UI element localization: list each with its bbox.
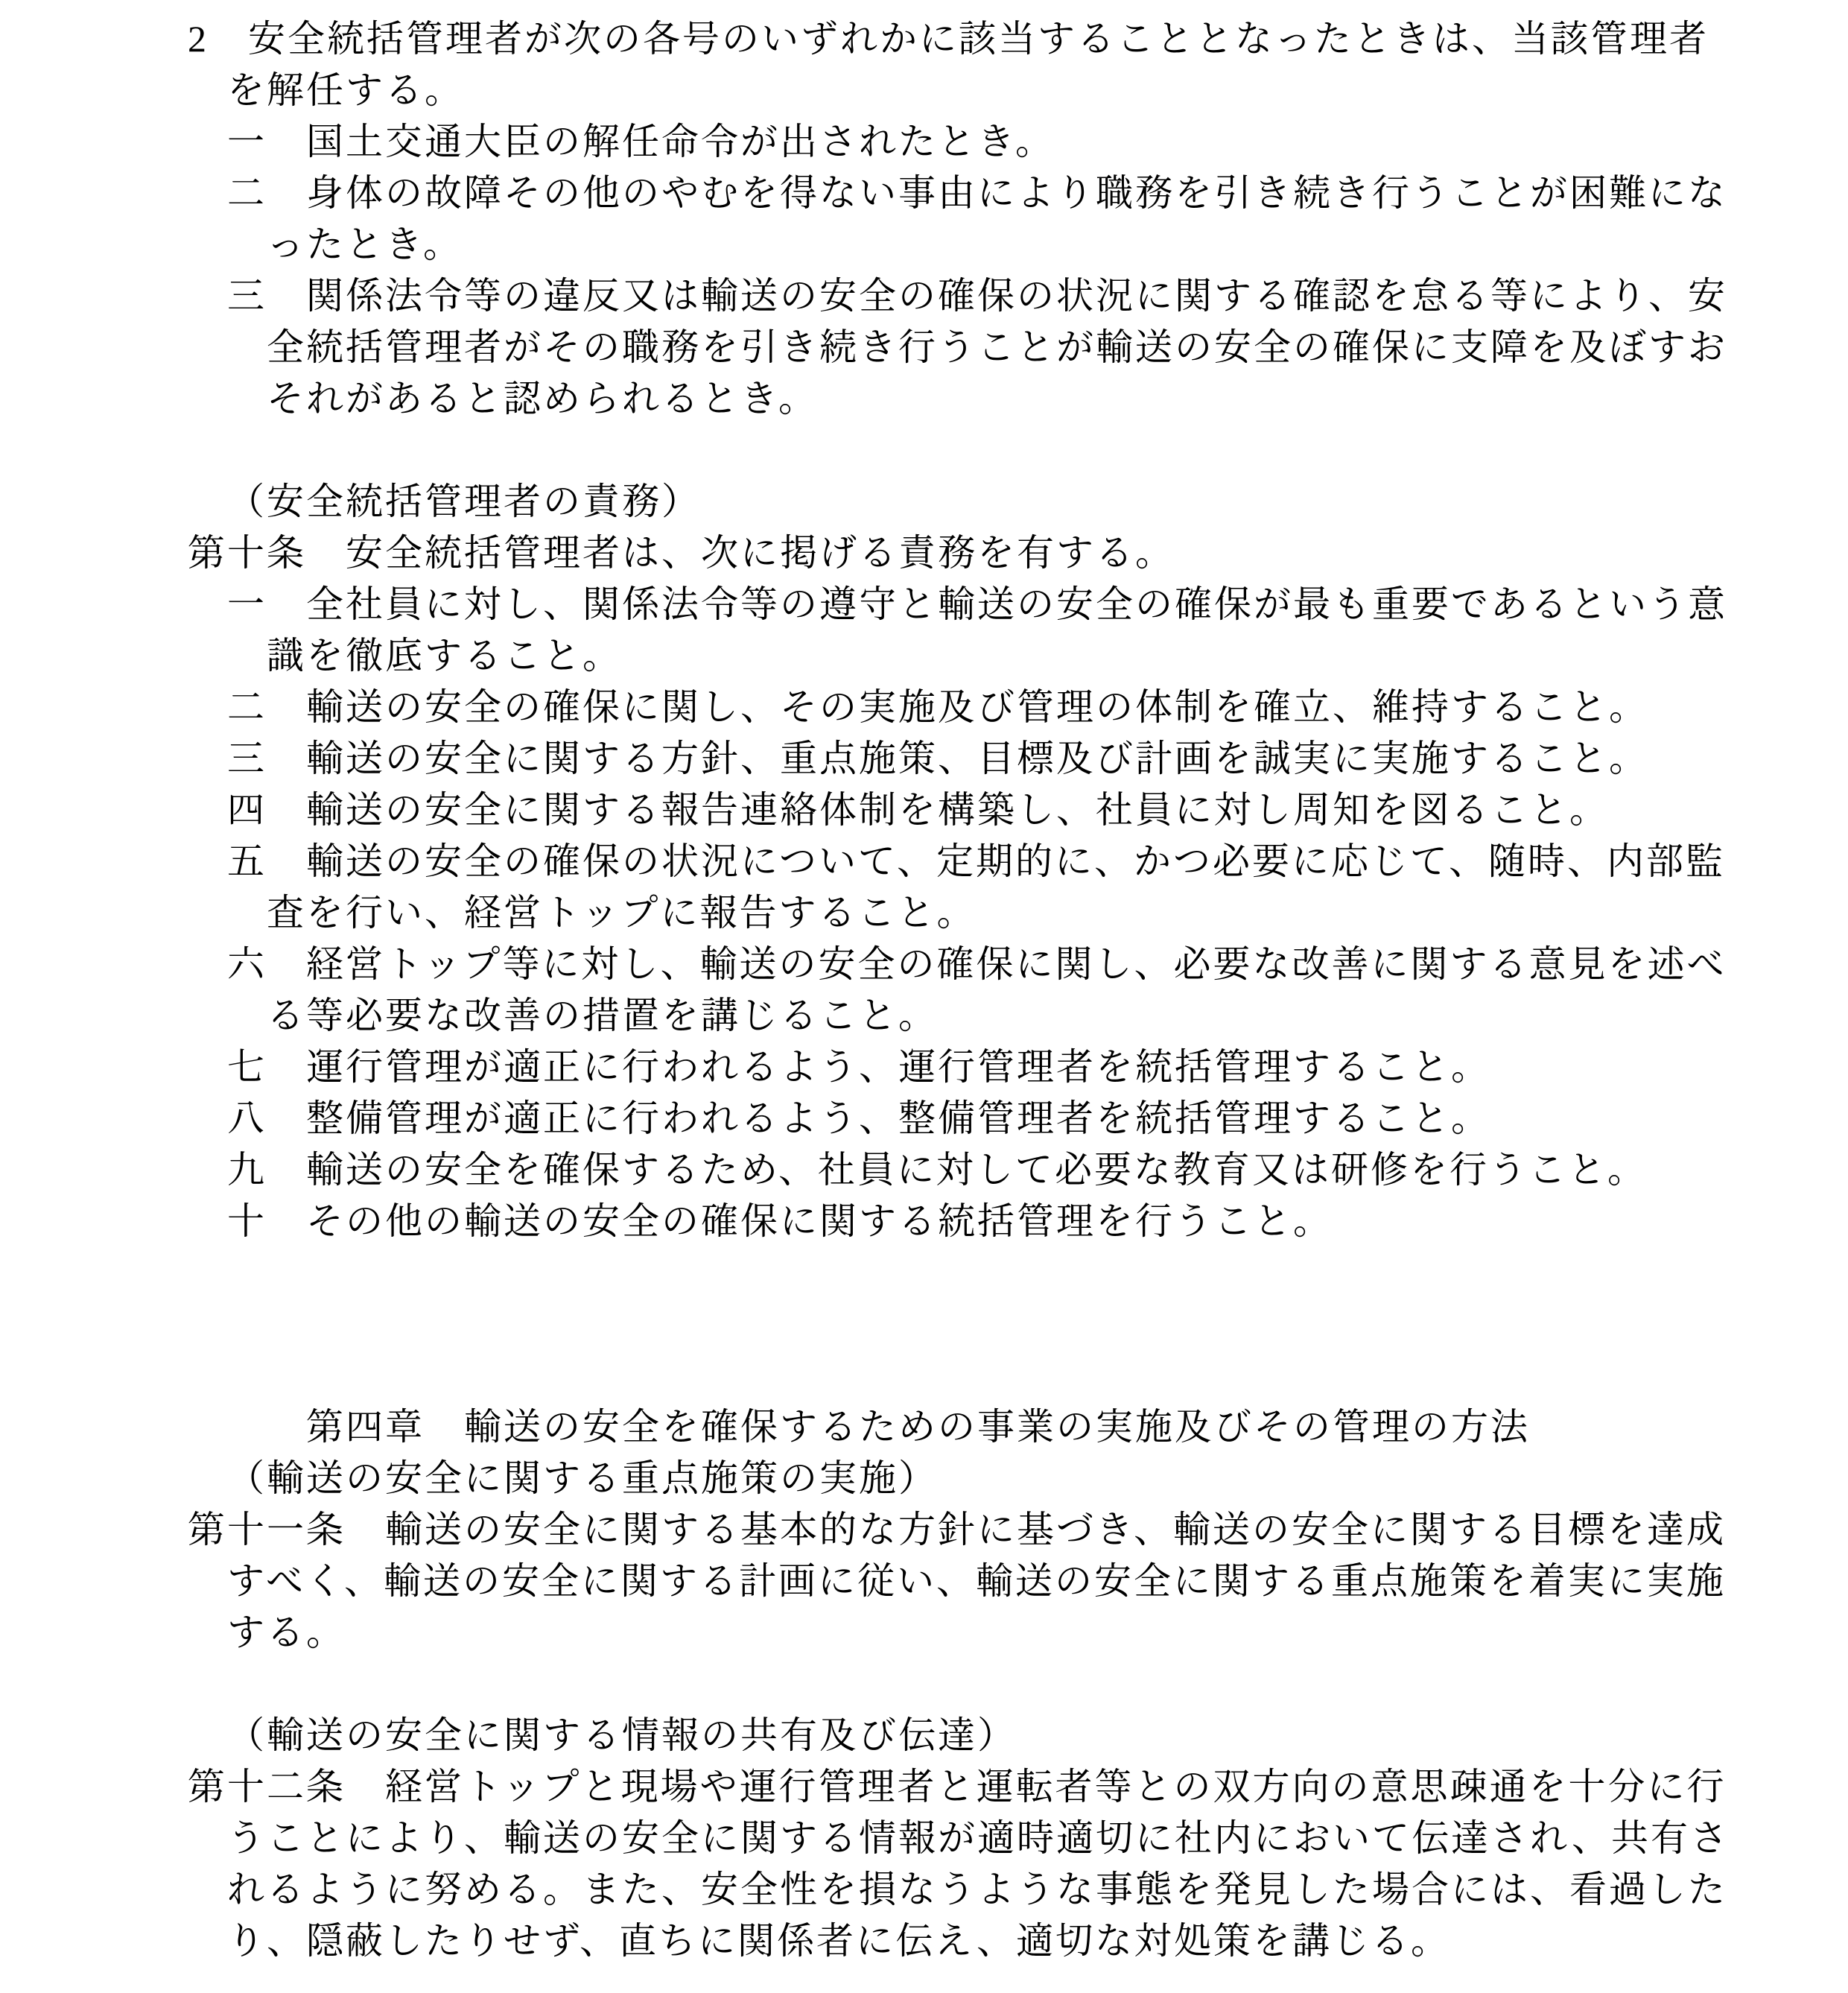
text-line: 第十条 安全統括管理者は、次に掲げる責務を有する。 bbox=[188, 527, 1729, 579]
text-line: 第十一条 輸送の安全に関する基本的な方針に基づき、輸送の安全に関する目標を達成 bbox=[188, 1504, 1729, 1556]
document-body: 2 安全統括管理者が次の各号のいずれかに該当することとなったときは、当該管理者を… bbox=[188, 13, 1729, 1967]
text-line: 八 整備管理が適正に行われるよう、整備管理者を統括管理すること。 bbox=[227, 1093, 1729, 1144]
text-line: 三 輸送の安全に関する方針、重点施策、目標及び計画を誠実に実施すること。 bbox=[227, 733, 1729, 785]
text-line: （輸送の安全に関する情報の共有及び伝達） bbox=[227, 1710, 1729, 1761]
text-line: うことにより、輸送の安全に関する情報が適時適切に社内において伝達され、共有さ bbox=[227, 1813, 1729, 1864]
text-line: （輸送の安全に関する重点施策の実施） bbox=[227, 1453, 1729, 1504]
text-line: ったとき。 bbox=[267, 219, 1729, 270]
text-line: 全統括管理者がその職務を引き続き行うことが輸送の安全の確保に支障を及ぼすお bbox=[267, 322, 1729, 373]
text-line: 三 関係法令等の違反又は輸送の安全の確保の状況に関する確認を怠る等により、安 bbox=[227, 270, 1729, 322]
blank-line bbox=[188, 425, 1729, 476]
text-line: る等必要な改善の措置を講じること。 bbox=[267, 990, 1729, 1042]
text-line: すべく、輸送の安全に関する計画に従い、輸送の安全に関する重点施策を着実に実施 bbox=[227, 1556, 1729, 1607]
blank-line bbox=[188, 1350, 1729, 1401]
text-line: 一 国土交通大臣の解任命令が出されたとき。 bbox=[227, 116, 1729, 168]
text-line: 識を徹底すること。 bbox=[267, 630, 1729, 682]
blank-line bbox=[188, 1247, 1729, 1299]
text-line: 2 安全統括管理者が次の各号のいずれかに該当することとなったときは、当該管理者 bbox=[188, 13, 1729, 65]
text-line: 四 輸送の安全に関する報告連絡体制を構築し、社員に対し周知を図ること。 bbox=[227, 785, 1729, 836]
text-line: する。 bbox=[227, 1607, 1729, 1658]
document-page: 2 安全統括管理者が次の各号のいずれかに該当することとなったときは、当該管理者を… bbox=[0, 0, 1848, 1993]
text-line: 第四章 輸送の安全を確保するための事業の実施及びその管理の方法 bbox=[306, 1401, 1729, 1453]
text-line: 二 輸送の安全の確保に関し、その実施及び管理の体制を確立、維持すること。 bbox=[227, 682, 1729, 733]
text-line: れるように努める。また、安全性を損なうような事態を発見した場合には、看過した bbox=[227, 1864, 1729, 1916]
text-line: 第十二条 経営トップと現場や運行管理者と運転者等との双方向の意思疎通を十分に行 bbox=[188, 1761, 1729, 1813]
text-line: 六 経営トップ等に対し、輸送の安全の確保に関し、必要な改善に関する意見を述べ bbox=[227, 939, 1729, 990]
blank-line bbox=[188, 1658, 1729, 1710]
text-line: 五 輸送の安全の確保の状況について、定期的に、かつ必要に応じて、随時、内部監 bbox=[227, 836, 1729, 887]
text-line: 十 その他の輸送の安全の確保に関する統括管理を行うこと。 bbox=[227, 1196, 1729, 1247]
text-line: 九 輸送の安全を確保するため、社員に対して必要な教育又は研修を行うこと。 bbox=[227, 1144, 1729, 1196]
text-line: を解任する。 bbox=[227, 65, 1729, 116]
text-line: 一 全社員に対し、関係法令等の遵守と輸送の安全の確保が最も重要であるという意 bbox=[227, 579, 1729, 630]
text-line: 査を行い、経営トップに報告すること。 bbox=[267, 887, 1729, 939]
text-line: それがあると認められるとき。 bbox=[267, 373, 1729, 425]
text-line: （安全統括管理者の責務） bbox=[227, 476, 1729, 527]
text-line: 七 運行管理が適正に行われるよう、運行管理者を統括管理すること。 bbox=[227, 1042, 1729, 1093]
text-line: り、隠蔽したりせず、直ちに関係者に伝え、適切な対処策を講じる。 bbox=[227, 1916, 1729, 1967]
text-line: 二 身体の故障その他のやむを得ない事由により職務を引き続き行うことが困難にな bbox=[227, 168, 1729, 219]
blank-line bbox=[188, 1299, 1729, 1350]
